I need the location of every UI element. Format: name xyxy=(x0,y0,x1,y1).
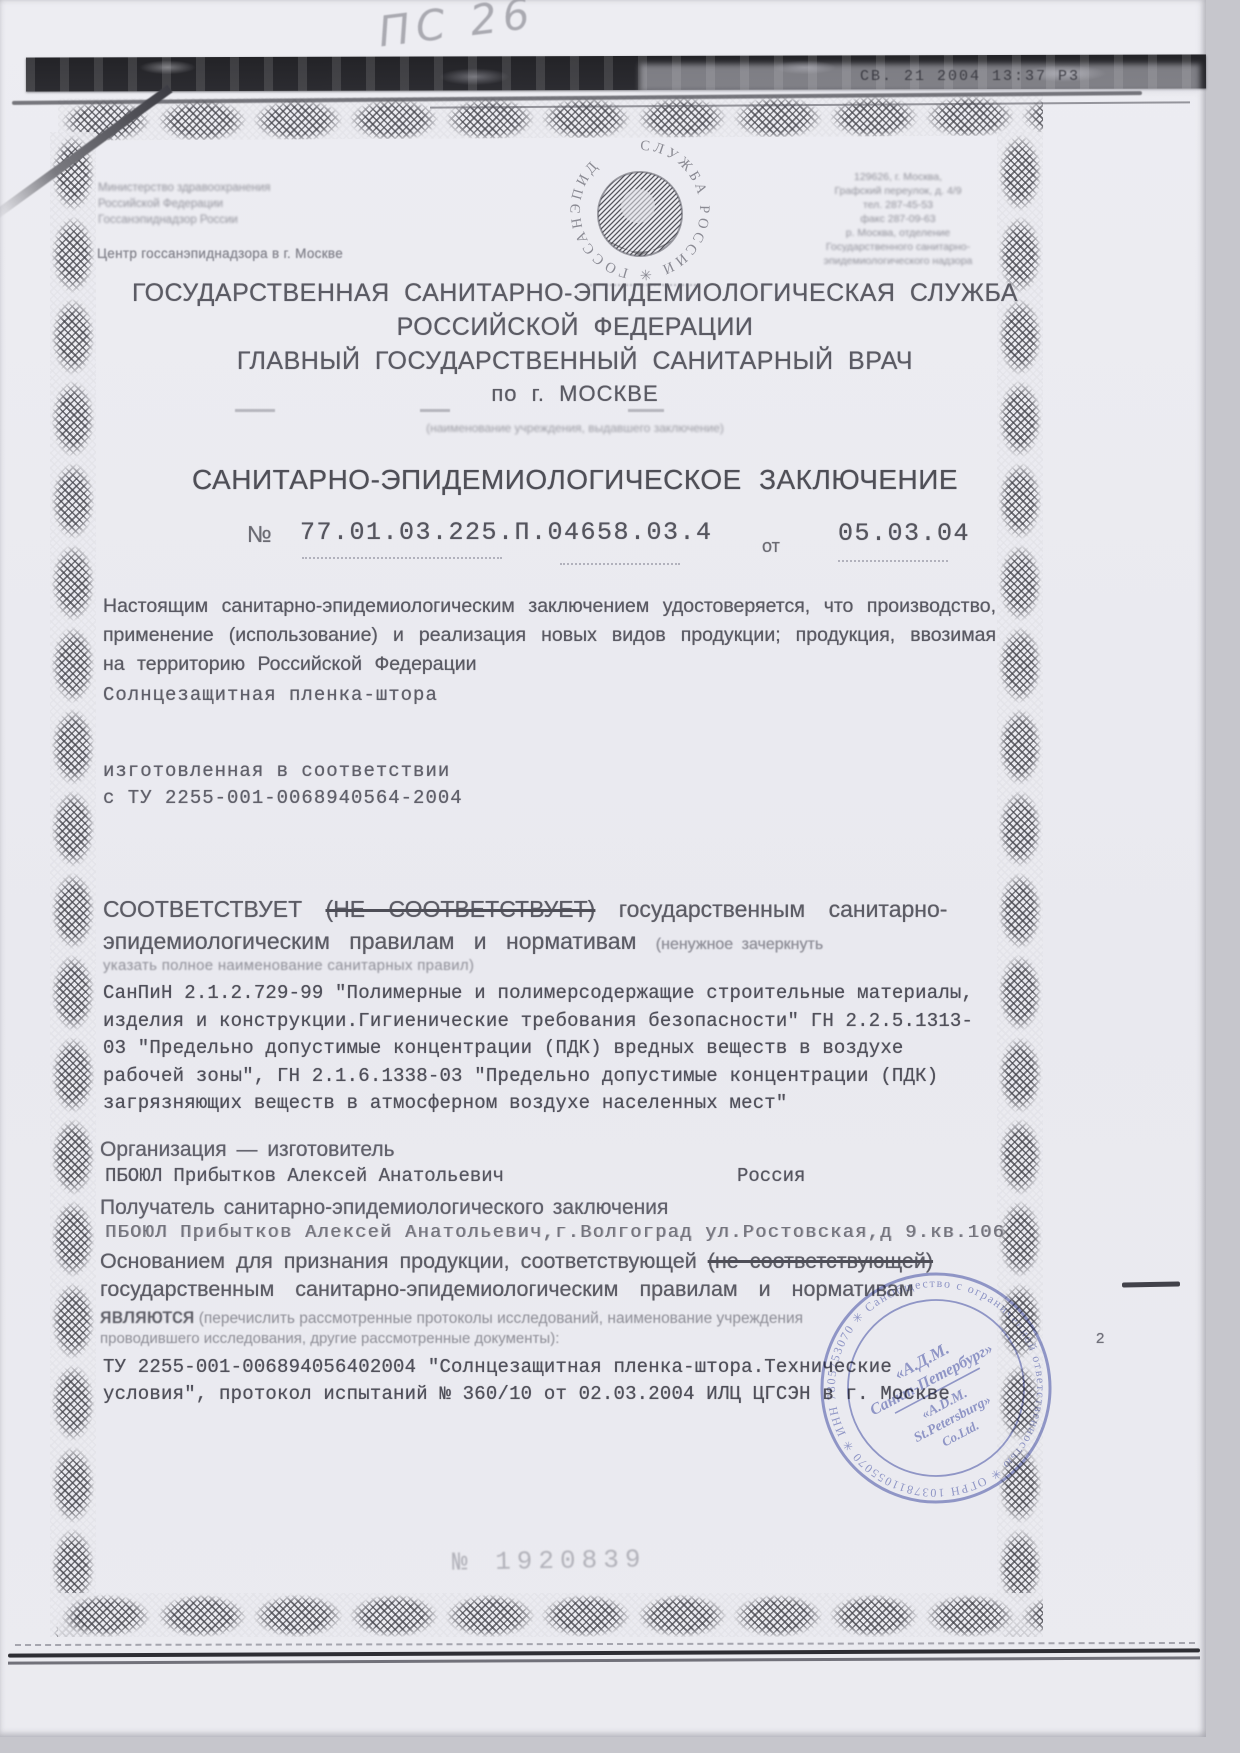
sanpin-line: СанПиН 2.1.2.729-99 "Полимерные и полиме… xyxy=(103,980,1008,1008)
certification-statement: Настоящим санитарно-эпидемиологическим з… xyxy=(103,592,996,679)
date-label: от xyxy=(762,536,780,557)
sanpin-line: рабочей зоны", ГН 2.1.6.1338-03 "Предель… xyxy=(103,1063,1008,1091)
basis-line1-text: Основанием для признания продукции, соот… xyxy=(100,1249,697,1273)
manufacturer-country: Россия xyxy=(737,1165,805,1187)
rules-name-note: указать полное наименование санитарных п… xyxy=(103,957,474,974)
agency-left-line: Министерство здравоохранения xyxy=(98,180,368,196)
manufacturer-label: Организация — изготовитель xyxy=(100,1138,395,1162)
recipient-label: Получатель санитарно-эпидемиологического… xyxy=(100,1196,668,1220)
strike-out-note: (ненужное зачеркнуть xyxy=(656,936,823,953)
gossanepid-seal-icon: СЛУЖБА РОССИИ ✳ ГОССАНЭПИД xyxy=(551,124,729,294)
dotted-underline xyxy=(560,563,680,565)
issuing-institution-note: (наименование учреждения, выдавшего закл… xyxy=(70,421,1080,435)
scanned-certificate-page: ПС 26 СВ. 21 2004 13:37 Р3 СЛУЖБА РОССИИ… xyxy=(0,0,1240,1753)
compliance-tail: государственным санитарно- xyxy=(619,896,948,922)
sanpin-line: 03 "Предельно допустимые концентрации (П… xyxy=(103,1035,1008,1063)
fax-header-text: СВ. 21 2004 13:37 Р3 xyxy=(860,68,1200,85)
compliance-line2-text: эпидемиологическим правилам и нормативам xyxy=(103,928,636,954)
stamp-ring-text: Общество с ограниченной ответственностью… xyxy=(808,1260,1064,1516)
compliance-line1: СООТВЕТСТВУЕТ (НЕ СООТВЕТСТВУЕТ) государ… xyxy=(103,896,1003,923)
smudge-dash xyxy=(235,409,275,412)
smudge-dash xyxy=(420,409,450,412)
org-heading-line2: РОССИЙСКОЙ ФЕДЕРАЦИИ xyxy=(70,313,1080,342)
agency-right-line: Государственного санитарно- xyxy=(788,240,1008,254)
margin-page-number: 2 xyxy=(1096,1330,1104,1347)
frame-border-bottom xyxy=(58,1593,1043,1637)
sanpin-line: загрязняющих веществ в атмосферном возду… xyxy=(103,1090,1008,1118)
number-sign: № xyxy=(247,521,272,548)
certificate-date: 05.03.04 xyxy=(838,519,970,548)
not-complies-word-struck: (НЕ СООТВЕТСТВУЕТ) xyxy=(326,896,596,922)
certificate-number: 77.01.03.225.П.04658.03.4 xyxy=(300,518,713,547)
complies-word: СООТВЕТСТВУЕТ xyxy=(103,896,302,922)
agency-left-line: Российской Федерации xyxy=(98,196,368,212)
document-title: САНИТАРНО-ЭПИДЕМИОЛОГИЧЕСКОЕ ЗАКЛЮЧЕНИЕ xyxy=(70,464,1080,496)
agency-left-line: Госсанэпиднадзор России xyxy=(98,212,368,228)
svg-text:Общество с ограниченной ответс: Общество с ограниченной ответственностью… xyxy=(808,1260,1064,1516)
manufacturer-name: ПБОЮЛ Прибытков Алексей Анатольевич xyxy=(105,1165,504,1187)
agency-right-line: тел. 287-45-53 xyxy=(788,198,1008,212)
basis-document-line1: ТУ 2255-001-006894056402004 "Солнцезащит… xyxy=(103,1356,892,1378)
org-heading-line3: ГЛАВНЫЙ ГОСУДАРСТВЕННЫЙ САНИТАРНЫЙ ВРАЧ xyxy=(70,347,1080,376)
margin-mark xyxy=(1122,1281,1180,1287)
basis-line4: проводившего исследования, другие рассмо… xyxy=(100,1330,559,1347)
basis-line3-lead: являются xyxy=(100,1304,194,1328)
smudge-dash xyxy=(628,409,664,412)
dotted-underline xyxy=(838,560,948,562)
basis-line3: являются (перечислить рассмотренные прот… xyxy=(100,1304,803,1329)
company-stamp-icon: Общество с ограниченной ответственностью… xyxy=(808,1260,1064,1516)
agency-right-line: факс 287-09-63 xyxy=(788,212,1008,226)
compliance-line2: эпидемиологическим правилам и нормативам… xyxy=(103,928,1003,955)
center-gossanepidnadzor-label: Центр госсанэпиднадзора в г. Москве xyxy=(97,246,343,261)
org-heading-line1: ГОСУДАРСТВЕННАЯ САНИТАРНО-ЭПИДЕМИОЛОГИЧЕ… xyxy=(70,279,1080,308)
made-in-accordance-line2: с ТУ 2255-001-0068940564-2004 xyxy=(103,787,463,809)
dotted-underline xyxy=(302,557,502,559)
agency-left-block: Министерство здравоохранения Российской … xyxy=(98,180,368,228)
blank-serial-number: № 1920839 xyxy=(452,1544,647,1577)
made-in-accordance-line1: изготовленная в соответствии xyxy=(103,760,450,782)
agency-right-line: Графский переулок, д. 4/9 xyxy=(788,184,1008,198)
basis-line3-note: (перечислить рассмотренные протоколы исс… xyxy=(199,1310,803,1327)
agency-right-block: 129626, г. Москва, Графский переулок, д.… xyxy=(788,170,1008,268)
agency-right-line: 129626, г. Москва, xyxy=(788,170,1008,184)
agency-right-line: эпидемиологического надзора xyxy=(788,254,1008,268)
product-name: Солнцезащитная пленка-штора xyxy=(103,684,438,706)
sanpin-regulations-block: СанПиН 2.1.2.729-99 "Полимерные и полиме… xyxy=(103,980,1008,1118)
agency-right-line: р. Москва, отделение xyxy=(788,226,1008,240)
sanpin-line: изделия и конструкции.Гигиенические треб… xyxy=(103,1008,1008,1036)
org-heading-line4: по г. МОСКВЕ xyxy=(70,381,1080,407)
recipient-value: ПБОЮЛ Прибытков Алексей Анатольевич,г.Во… xyxy=(105,1222,1005,1243)
